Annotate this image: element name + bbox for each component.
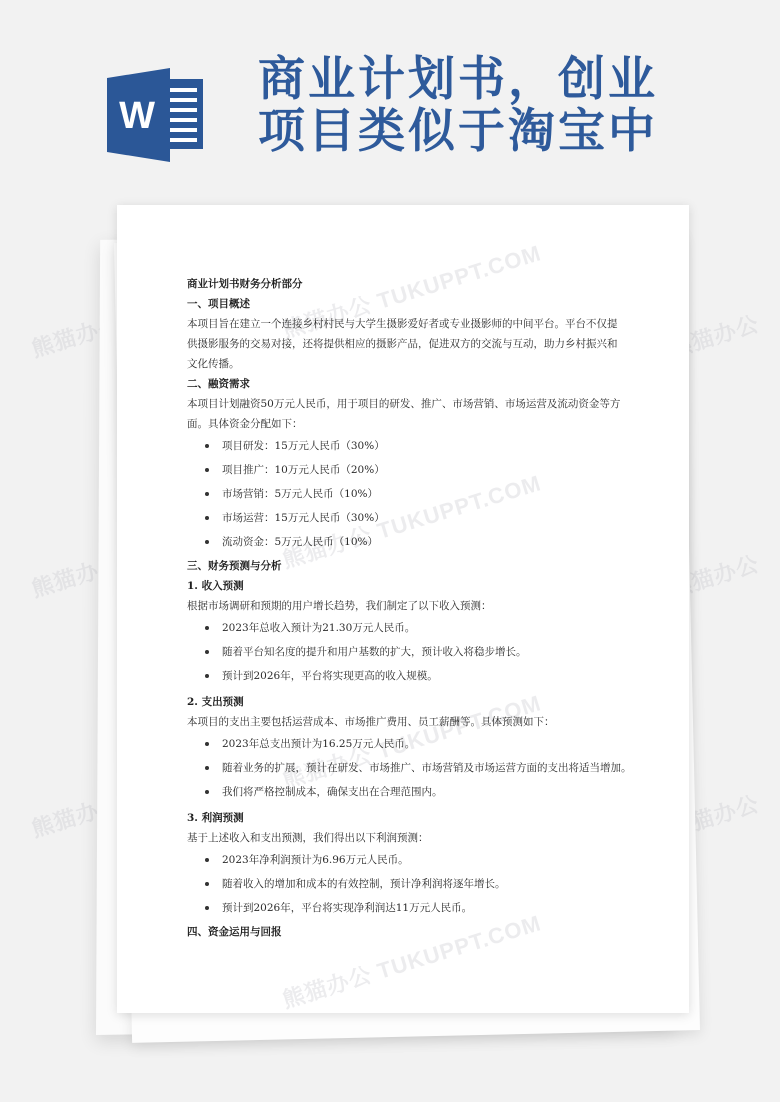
profit-intro: 基于上述收入和支出预测，我们得出以下利润预测： (187, 828, 627, 848)
overview-paragraph: 本项目旨在建立一个连接乡村村民与大学生摄影爱好者或专业摄影师的中间平台。平台不仅… (187, 314, 627, 374)
subheading-expense: 2. 支出预测 (187, 692, 627, 712)
bullet-icon (205, 516, 209, 520)
list-item: 2023年总收入预计为21.30万元人民币。 (187, 616, 627, 640)
bullet-icon (205, 858, 209, 862)
funding-allocation-list: 项目研发：15万元人民币（30%） 项目推广：10万元人民币（20%） 市场营销… (187, 434, 627, 554)
bullet-icon (205, 626, 209, 630)
bullet-icon (205, 766, 209, 770)
revenue-intro: 根据市场调研和预期的用户增长趋势，我们制定了以下收入预测： (187, 596, 627, 616)
title-line-1: 商业计划书，创业 (258, 54, 698, 106)
list-item: 预计到2026年，平台将实现净利润达11万元人民币。 (187, 896, 627, 920)
expense-intro: 本项目的支出主要包括运营成本、市场推广费用、员工薪酬等。具体预测如下： (187, 712, 627, 732)
financing-paragraph: 本项目计划融资50万元人民币，用于项目的研发、推广、市场营销、市场运营及流动资金… (187, 394, 627, 434)
list-item: 项目推广：10万元人民币（20%） (187, 458, 627, 482)
list-item: 市场运营：15万元人民币（30%） (187, 506, 627, 530)
list-item: 我们将严格控制成本，确保支出在合理范围内。 (187, 780, 627, 804)
subheading-profit: 3. 利润预测 (187, 808, 627, 828)
profit-list: 2023年净利润预计为6.96万元人民币。 随着收入的增加和成本的有效控制，预计… (187, 848, 627, 920)
svg-text:W: W (119, 95, 155, 137)
list-item: 项目研发：15万元人民币（30%） (187, 434, 627, 458)
list-item: 随着平台知名度的提升和用户基数的扩大，预计收入将稳步增长。 (187, 640, 627, 664)
section-heading-fund-usage: 四、资金运用与回报 (187, 922, 627, 942)
expense-list: 2023年总支出预计为16.25万元人民币。 随着业务的扩展，预计在研发、市场推… (187, 732, 627, 804)
bullet-icon (205, 468, 209, 472)
bullet-icon (205, 492, 209, 496)
bullet-icon (205, 674, 209, 678)
list-item: 随着业务的扩展，预计在研发、市场推广、市场营销及市场运营方面的支出将适当增加。 (187, 756, 627, 780)
page-title: 商业计划书，创业 项目类似于淘宝中 (258, 54, 698, 158)
list-item: 市场营销：5万元人民币（10%） (187, 482, 627, 506)
bullet-icon (205, 906, 209, 910)
bullet-icon (205, 882, 209, 886)
document-page: 熊猫办公 TUKUPPT.COM 熊猫办公 TUKUPPT.COM 熊猫办公 T… (117, 205, 689, 1013)
bullet-icon (205, 444, 209, 448)
list-item: 流动资金：5万元人民币（10%） (187, 530, 627, 554)
list-item: 2023年净利润预计为6.96万元人民币。 (187, 848, 627, 872)
bullet-icon (205, 650, 209, 654)
list-item: 预计到2026年，平台将实现更高的收入规模。 (187, 664, 627, 688)
section-heading-financing: 二、融资需求 (187, 374, 627, 394)
bullet-icon (205, 742, 209, 746)
list-item: 2023年总支出预计为16.25万元人民币。 (187, 732, 627, 756)
revenue-list: 2023年总收入预计为21.30万元人民币。 随着平台知名度的提升和用户基数的扩… (187, 616, 627, 688)
word-document-icon: W (107, 68, 207, 162)
section-heading-forecast: 三、财务预测与分析 (187, 556, 627, 576)
list-item: 随着收入的增加和成本的有效控制，预计净利润将逐年增长。 (187, 872, 627, 896)
document-body: 商业计划书财务分析部分 一、项目概述 本项目旨在建立一个连接乡村村民与大学生摄影… (187, 274, 627, 942)
bullet-icon (205, 540, 209, 544)
bullet-icon (205, 790, 209, 794)
title-line-2: 项目类似于淘宝中 (258, 106, 698, 158)
subheading-revenue: 1. 收入预测 (187, 576, 627, 596)
section-heading-overview: 一、项目概述 (187, 294, 627, 314)
document-heading: 商业计划书财务分析部分 (187, 274, 627, 294)
